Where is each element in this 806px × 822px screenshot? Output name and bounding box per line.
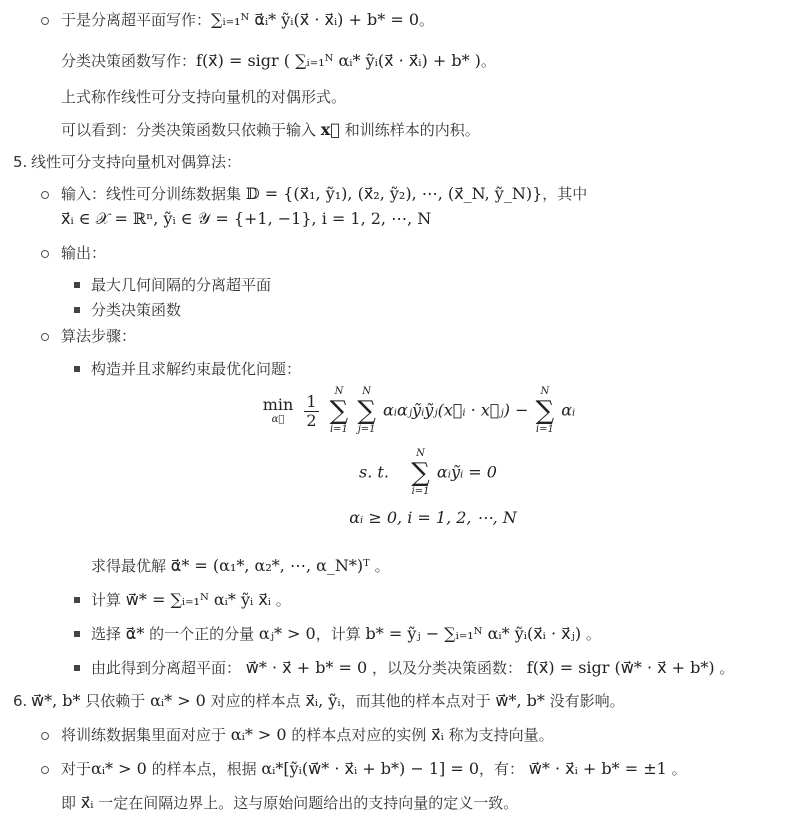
decision-formula: f(x⃗) = sigr (w⃗* · x⃗ + b*) xyxy=(527,658,715,677)
fraction-numerator: 1 xyxy=(304,393,318,412)
step-4-a: 由此得到分离超平面： xyxy=(91,659,241,677)
decision-formula: f(x⃗) = sigr ( ∑ᵢ₌₁ᴺ αᵢ* ỹᵢ(x⃗ · x⃗ᵢ) + … xyxy=(196,51,481,70)
bullet-square-icon xyxy=(74,665,80,671)
sum-lower: j=1 xyxy=(357,424,376,436)
x-i: x⃗ᵢ xyxy=(81,793,94,812)
constraint-1-formula: αᵢỹᵢ = 0 xyxy=(437,463,497,482)
bullet-square-icon xyxy=(74,366,80,372)
fraction-denominator: 2 xyxy=(304,412,318,430)
objective-term: αᵢαⱼỹᵢỹⱼ(x⃗ᵢ · x⃗ⱼ) − xyxy=(383,401,529,420)
w-star-formula: w⃗* = ∑ᵢ₌₁ᴺ αᵢ* ỹᵢ x⃗ᵢ xyxy=(126,590,271,609)
constraint-2: αᵢ ≥ 0, i = 1, 2, ⋯, N xyxy=(0,508,806,527)
output-label: 输出： xyxy=(61,242,106,264)
bc-b: 一定在间隔边界上。这与原始问题给出的支持向量的定义一致。 xyxy=(98,794,518,812)
sum-icon: ∑ xyxy=(536,398,555,424)
alpha-j-positive: αⱼ* > 0 xyxy=(259,624,316,643)
period: 。 xyxy=(419,11,434,29)
sum-icon: ∑ xyxy=(330,398,349,424)
section-5-title: 线性可分支持向量机对偶算法： xyxy=(31,151,241,173)
min-operator: min xyxy=(263,396,294,414)
decision-label: 分类决策函数写作： xyxy=(61,52,196,70)
s6-a: 只依赖于 xyxy=(85,692,145,710)
bullet-circle-icon xyxy=(41,250,49,258)
period: 。 xyxy=(276,591,291,609)
input-tail: ，其中 xyxy=(542,185,587,203)
period: 。 xyxy=(481,52,496,70)
step-4: 由此得到分离超平面： w⃗* · x⃗ + b* = 0 ，以及分类决策函数： … xyxy=(91,657,734,679)
objective-term-2: αᵢ xyxy=(561,401,575,420)
alpha-star: α⃗* xyxy=(126,624,145,643)
solution-label: 求得最优解 xyxy=(91,557,166,575)
s6-d: 没有影响。 xyxy=(550,692,625,710)
s6-c: ，而其他的样本点对于 xyxy=(341,692,491,710)
dataset-formula: 𝔻 = {(x⃗₁, ỹ₁), (x⃗₂, ỹ₂), ⋯, (x⃗_N, ỹ_N… xyxy=(246,184,542,203)
mc-c: ，有： xyxy=(479,760,524,778)
sv-b: 的样本点对应的实例 xyxy=(291,726,426,744)
step-3-c: ，计算 xyxy=(316,625,361,643)
output-item: 分类决策函数 xyxy=(91,299,181,321)
period: 。 xyxy=(672,760,687,778)
mc-b: 的样本点，根据 xyxy=(152,760,257,778)
kkt-formula: αᵢ*[ỹᵢ(w⃗* · x⃗ᵢ + b*) − 1] = 0 xyxy=(261,759,479,778)
step-1-text: 构造并且求解约束最优化问题： xyxy=(91,358,301,380)
steps-label: 算法步骤： xyxy=(61,325,136,347)
decision-function-item: 分类决策函数写作：f(x⃗) = sigr ( ∑ᵢ₌₁ᴺ αᵢ* ỹᵢ(x⃗ … xyxy=(61,50,496,72)
dual-form-text: 上式称作线性可分支持向量机的对偶形式。 xyxy=(61,86,346,108)
sum-icon: ∑ xyxy=(411,460,430,486)
output-item: 最大几何间隔的分离超平面 xyxy=(91,274,271,296)
sum-icon: ∑ xyxy=(357,398,376,424)
bullet-square-icon xyxy=(74,597,80,603)
observation-a: 可以看到：分类决策函数只依赖于输入 xyxy=(61,121,316,139)
step-3-a: 选择 xyxy=(91,625,121,643)
margin-formula: w⃗* · x⃗ᵢ + b* = ±1 xyxy=(529,759,667,778)
bullet-square-icon xyxy=(74,307,80,313)
sum-lower: i=1 xyxy=(411,486,430,498)
observation-text: 可以看到：分类决策函数只依赖于输入 x⃗ 和训练样本的内积。 xyxy=(61,119,480,141)
w-b-star: w⃗*, b* xyxy=(495,691,545,710)
x-i: x⃗ᵢ xyxy=(431,725,444,744)
b-star-formula: b* = ỹⱼ − ∑ᵢ₌₁ᴺ αᵢ* ỹᵢ(x⃗ᵢ · x⃗ⱼ) xyxy=(366,624,582,643)
solution-line: 求得最优解 α⃗* = (α₁*, α₂*, ⋯, α_N*)ᵀ 。 xyxy=(91,555,390,577)
section-6-number: 6. xyxy=(13,690,27,712)
sum-lower: i=1 xyxy=(330,424,349,436)
bullet-square-icon xyxy=(74,631,80,637)
alpha-i-positive: αᵢ* > 0 xyxy=(150,691,206,710)
bullet-square-icon xyxy=(74,282,80,288)
observation-b: 和训练样本的内积。 xyxy=(345,121,480,139)
alpha-i-positive: αᵢ* > 0 xyxy=(91,759,147,778)
x-vector: x⃗ xyxy=(321,120,340,139)
sum-lower: i=1 xyxy=(536,424,555,436)
section-6-text: w⃗*, b* 只依赖于 αᵢ* > 0 对应的样本点 x⃗ᵢ, ỹᵢ，而其他的… xyxy=(31,690,625,712)
margin-condition: 对于αᵢ* > 0 的样本点，根据 αᵢ*[ỹᵢ(w⃗* · x⃗ᵢ + b*)… xyxy=(61,758,687,780)
solution-formula: α⃗* = (α₁*, α₂*, ⋯, α_N*)ᵀ xyxy=(171,556,370,575)
bullet-circle-icon xyxy=(41,191,49,199)
w-b-star: w⃗*, b* xyxy=(31,691,81,710)
bullet-circle-icon xyxy=(41,732,49,740)
input-label: 输入：线性可分训练数据集 xyxy=(61,185,241,203)
alpha-i-positive: αᵢ* > 0 xyxy=(231,725,287,744)
bullet-circle-icon xyxy=(41,766,49,774)
bc-a: 即 xyxy=(61,794,76,812)
hyperplane-formula: ∑ᵢ₌₁ᴺ α⃗ᵢ* ỹᵢ(x⃗ · x⃗ᵢ) + b* = 0 xyxy=(211,10,419,29)
subject-to: s. t. xyxy=(359,463,389,482)
support-vector-def: 将训练数据集里面对应于 αᵢ* > 0 的样本点对应的实例 x⃗ᵢ 称为支持向量… xyxy=(61,724,554,746)
hyperplane-item: 于是分离超平面写作：∑ᵢ₌₁ᴺ α⃗ᵢ* ỹᵢ(x⃗ · x⃗ᵢ) + b* =… xyxy=(61,9,434,31)
mc-a: 对于 xyxy=(61,760,91,778)
step-4-b: ，以及分类决策函数： xyxy=(372,659,522,677)
bullet-circle-icon xyxy=(41,17,49,25)
hyperplane-label: 于是分离超平面写作： xyxy=(61,11,211,29)
optimization-objective: min α⃗ 12 N∑i=1 N∑j=1 αᵢαⱼỹᵢỹⱼ(x⃗ᵢ · x⃗ⱼ… xyxy=(0,386,806,436)
period: 。 xyxy=(586,625,601,643)
step-2-label: 计算 xyxy=(91,591,121,609)
hyperplane-formula: w⃗* · x⃗ + b* = 0 xyxy=(246,658,367,677)
sv-a: 将训练数据集里面对应于 xyxy=(61,726,226,744)
bullet-circle-icon xyxy=(41,333,49,341)
step-3: 选择 α⃗* 的一个正的分量 αⱼ* > 0，计算 b* = ỹⱼ − ∑ᵢ₌₁… xyxy=(91,623,601,645)
boundary-conclusion: 即 x⃗ᵢ 一定在间隔边界上。这与原始问题给出的支持向量的定义一致。 xyxy=(61,792,518,814)
step-2: 计算 w⃗* = ∑ᵢ₌₁ᴺ αᵢ* ỹᵢ x⃗ᵢ 。 xyxy=(91,589,291,611)
sv-c: 称为支持向量。 xyxy=(449,726,554,744)
s6-b: 对应的样本点 xyxy=(211,692,301,710)
constraint-1: s. t. N∑i=1 αᵢỹᵢ = 0 xyxy=(0,448,806,498)
period: 。 xyxy=(719,659,734,677)
section-5-number: 5. xyxy=(13,151,27,173)
domain-formula: x⃗ᵢ ∈ 𝒳 = ℝⁿ, ỹᵢ ∈ 𝒴 = {+1, −1}, i = 1, … xyxy=(61,209,431,228)
input-domain: x⃗ᵢ ∈ 𝒳 = ℝⁿ, ỹᵢ ∈ 𝒴 = {+1, −1}, i = 1, … xyxy=(61,208,431,230)
min-subscript: α⃗ xyxy=(263,414,294,426)
period: 。 xyxy=(375,557,390,575)
input-item: 输入：线性可分训练数据集 𝔻 = {(x⃗₁, ỹ₁), (x⃗₂, ỹ₂), … xyxy=(61,183,587,205)
sample-point: x⃗ᵢ, ỹᵢ xyxy=(305,691,340,710)
step-3-b: 的一个正的分量 xyxy=(149,625,254,643)
